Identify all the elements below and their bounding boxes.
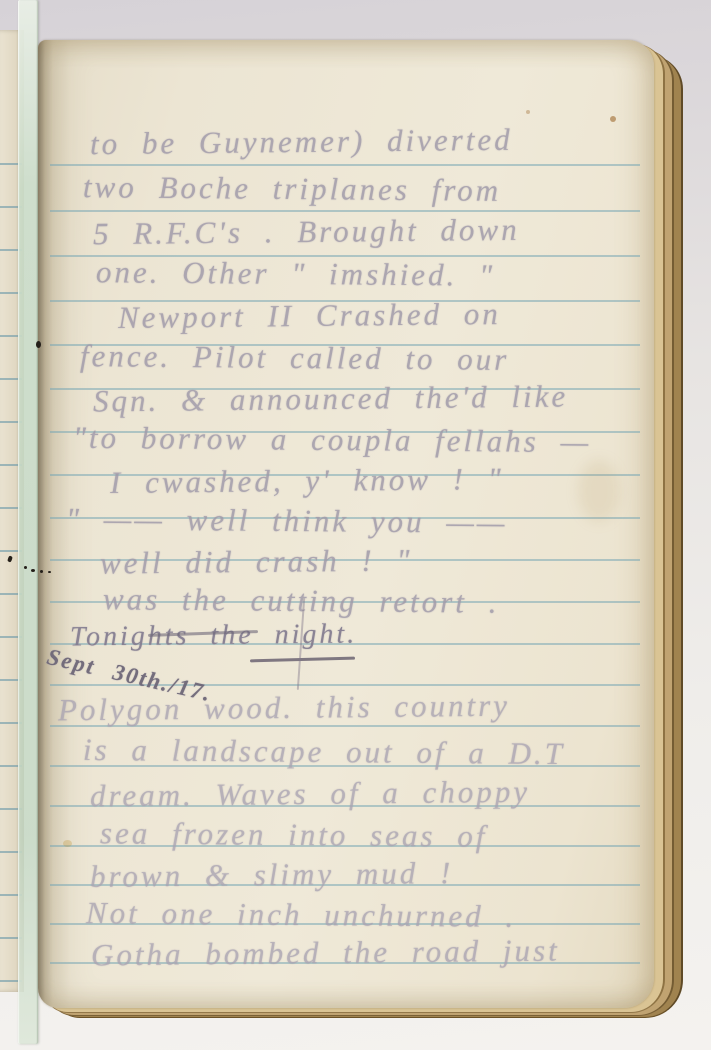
handwriting-line: 5 R.F.C's . Brought down xyxy=(93,214,520,249)
handwriting-line: fence. Pilot called to our xyxy=(80,340,510,375)
ink-speck xyxy=(48,571,51,573)
glassine-interleaf-strip xyxy=(18,0,38,1044)
handwriting-line: Sqn. & announced the'd like xyxy=(93,381,568,417)
handwriting-line: I cwashed, y' know ! " xyxy=(110,463,504,498)
ruled-line xyxy=(50,210,640,212)
foxing-mark xyxy=(578,460,620,522)
handwriting-line: Polygon wood. this country xyxy=(58,690,510,726)
handwriting-line: "to borrow a coupla fellahs — xyxy=(73,422,591,458)
handwriting-line: brown & slimy mud ! xyxy=(90,857,454,892)
handwriting-line: to be Guynemer) diverted xyxy=(90,124,513,159)
handwriting-line: " —— well think you —— xyxy=(66,503,508,538)
ink-speck xyxy=(40,570,43,573)
handwriting-line: two Boche triplanes from xyxy=(83,171,501,206)
handwriting-line: Gotha bombed the road just xyxy=(91,935,560,971)
handwriting-line: Tonights the night. xyxy=(70,620,358,651)
stain-mark xyxy=(610,116,616,122)
handwriting-line: sea frozen into seas of xyxy=(100,817,488,851)
handwriting-line: dream. Waves of a choppy xyxy=(90,776,530,812)
notebook-page: to be Guynemer) diverted two Boche tripl… xyxy=(38,40,654,1008)
notebook-photo: to be Guynemer) diverted two Boche tripl… xyxy=(0,0,711,1050)
stain-mark xyxy=(526,110,530,114)
ink-speck xyxy=(31,569,35,572)
ink-speck xyxy=(24,566,27,569)
stain-mark xyxy=(63,840,72,847)
pencil-dash xyxy=(250,657,355,663)
handwriting-line: one. Other " imshied. " xyxy=(96,256,495,290)
ink-speck xyxy=(36,341,41,348)
handwriting-line: is a landscape out of a D.T xyxy=(83,734,565,769)
handwriting-line: well did crash ! " xyxy=(100,544,413,578)
handwriting-line: Not one inch unchurned . xyxy=(86,897,517,932)
ruled-line xyxy=(50,164,640,166)
handwriting-line: Newport II Crashed on xyxy=(118,298,501,333)
